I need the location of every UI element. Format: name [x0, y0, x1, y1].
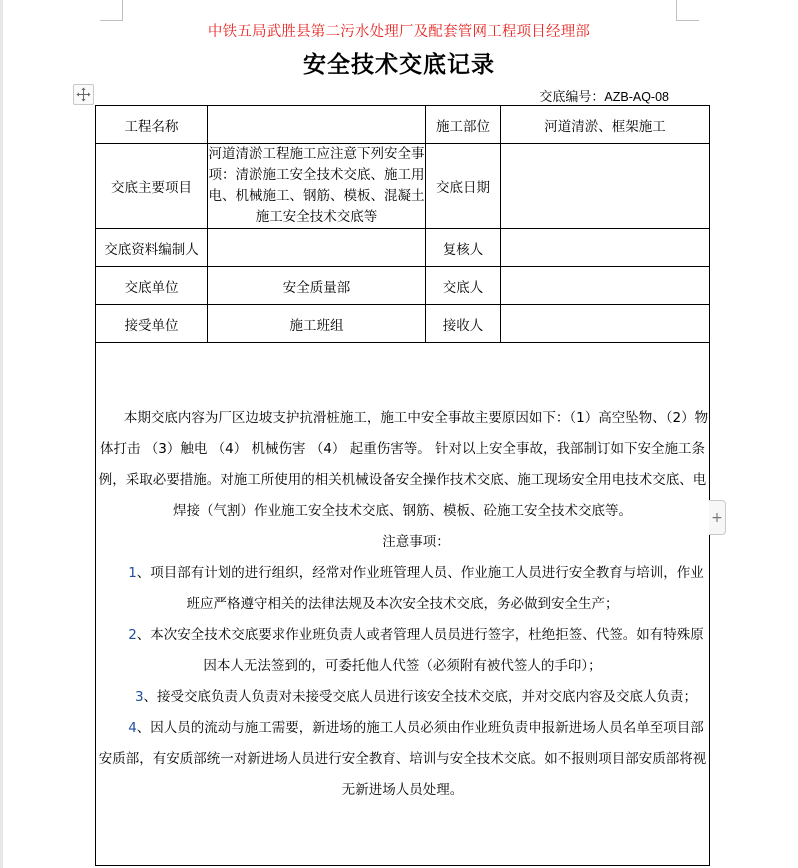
document-title: 安全技术交底记录: [0, 46, 798, 79]
note-number: 3: [135, 689, 144, 705]
document-number-label: 交底编号：: [539, 90, 604, 105]
field-project-name[interactable]: [208, 106, 426, 144]
field-receiving-unit[interactable]: 施工班组: [208, 305, 426, 343]
note-item-2: 2、本次安全技术交底要求作业班负责人或者管理人员员进行签字，杜绝拒签、代签。如有…: [96, 620, 709, 682]
table-row-main-items: 交底主要项目 河道清淤工程施工应注意下列安全事项：清淤施工安全技术交底、施工用电…: [96, 144, 710, 229]
plus-icon: +: [711, 510, 723, 526]
field-main-items[interactable]: 河道清淤工程施工应注意下列安全事项：清淤施工安全技术交底、施工用电、机械施工、钢…: [208, 144, 426, 229]
label-reviewer: 复核人: [426, 229, 501, 267]
label-construction-location: 施工部位: [426, 106, 501, 144]
document-number: 交底编号：AZB-AQ-08: [539, 86, 669, 105]
label-receiver: 接收人: [426, 305, 501, 343]
note-text: 、本次安全技术交底要求作业班负责人或者管理人员员进行签字，杜绝拒签、代签。如有特…: [137, 627, 704, 674]
field-receiver[interactable]: [501, 305, 710, 343]
disclosure-form-table: 工程名称 施工部位 河道清淤、框架施工 交底主要项目 河道清淤工程施工应注意下列…: [95, 105, 710, 866]
label-receiving-unit: 接受单位: [96, 305, 208, 343]
note-text: 、因人员的流动与施工需要，新进场的施工人员必须由作业班负责申报新进场人员名单至项…: [99, 720, 707, 798]
note-number: 1: [128, 565, 137, 581]
table-row-content: 本期交底内容为厂区边坡支护抗滑桩施工，施工中安全事故主要原因如下：（1）高空坠物…: [96, 343, 710, 866]
field-reviewer[interactable]: [501, 229, 710, 267]
note-number: 2: [128, 627, 137, 643]
table-move-handle[interactable]: [73, 84, 94, 105]
table-row-preparer: 交底资料编制人 复核人: [96, 229, 710, 267]
disclosure-content-cell[interactable]: 本期交底内容为厂区边坡支护抗滑桩施工，施工中安全事故主要原因如下：（1）高空坠物…: [96, 343, 710, 866]
add-row-button[interactable]: +: [709, 500, 726, 535]
table-row-project-name: 工程名称 施工部位 河道清淤、框架施工: [96, 106, 710, 144]
field-preparer[interactable]: [208, 229, 426, 267]
field-construction-location[interactable]: 河道清淤、框架施工: [501, 106, 710, 144]
note-item-3: 3、接受交底负责人负责对未接受交底人员进行该安全技术交底，并对交底内容及交底人负…: [96, 682, 709, 713]
note-text: 、接受交底负责人负责对未接受交底人员进行该安全技术交底，并对交底内容及交底人负责…: [144, 689, 698, 705]
label-main-items: 交底主要项目: [96, 144, 208, 229]
page-gutter: [0, 0, 3, 868]
note-item-1: 1、项目部有计划的进行组织，经常对作业班管理人员、作业施工人员进行安全教育与培训…: [96, 558, 709, 620]
table-row-receiving-unit: 接受单位 施工班组 接收人: [96, 305, 710, 343]
document-number-value: AZB-AQ-08: [604, 90, 669, 104]
intro-paragraph: 本期交底内容为厂区边坡支护抗滑桩施工，施工中安全事故主要原因如下：（1）高空坠物…: [96, 403, 709, 527]
notes-heading: 注意事项：: [96, 527, 709, 558]
move-arrows-icon: [76, 87, 91, 102]
field-discloser[interactable]: [501, 267, 710, 305]
table-row-disclosing-unit: 交底单位 安全质量部 交底人: [96, 267, 710, 305]
note-item-4: 4、因人员的流动与施工需要，新进场的施工人员必须由作业班负责申报新进场人员名单至…: [96, 713, 709, 806]
note-number: 4: [128, 720, 137, 736]
label-preparer: 交底资料编制人: [96, 229, 208, 267]
field-disclosure-date[interactable]: [501, 144, 710, 229]
organization-name: 中铁五局武胜县第二污水处理厂及配套管网工程项目经理部: [0, 20, 798, 41]
note-text: 、项目部有计划的进行组织，经常对作业班管理人员、作业施工人员进行安全教育与培训，…: [137, 565, 704, 612]
label-discloser: 交底人: [426, 267, 501, 305]
margin-corner-mark-left: [100, 0, 123, 21]
margin-corner-mark-right: [676, 0, 699, 21]
label-disclosure-date: 交底日期: [426, 144, 501, 229]
label-project-name: 工程名称: [96, 106, 208, 144]
field-disclosing-unit[interactable]: 安全质量部: [208, 267, 426, 305]
label-disclosing-unit: 交底单位: [96, 267, 208, 305]
